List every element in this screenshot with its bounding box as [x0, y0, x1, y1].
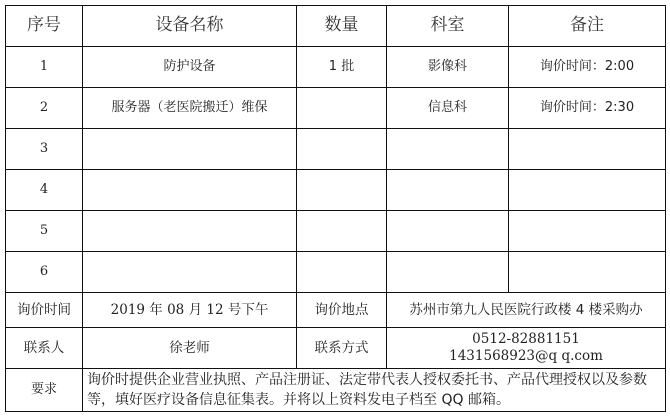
cell-name	[83, 252, 297, 293]
cell-remark: 询价时间：2:30	[509, 88, 666, 129]
contact-row: 联系人 徐老师 联系方式 0512-82881151 1431568923@q …	[6, 328, 666, 369]
cell-qty	[297, 170, 387, 211]
cell-name: 服务器（老医院搬迁）维保	[83, 88, 297, 129]
cell-remark	[509, 211, 666, 252]
cell-no: 2	[6, 88, 83, 129]
header-name: 设备名称	[83, 6, 297, 47]
cell-qty	[297, 88, 387, 129]
cell-qty	[297, 252, 387, 293]
contact-method-label: 联系方式	[297, 328, 387, 369]
inquiry-place-label: 询价地点	[297, 293, 387, 328]
cell-name	[83, 170, 297, 211]
header-qty: 数量	[297, 6, 387, 47]
table-row: 3	[6, 129, 666, 170]
table-row: 2 服务器（老医院搬迁）维保 信息科 询价时间：2:30	[6, 88, 666, 129]
table-row: 5	[6, 211, 666, 252]
cell-remark	[509, 129, 666, 170]
cell-no: 5	[6, 211, 83, 252]
inquiry-time-label: 询价时间	[6, 293, 83, 328]
requirement-row: 要求 询价时提供企业营业执照、产品注册证、法定带代表人授权委托书、产品代理授权以…	[6, 369, 666, 412]
contact-phone: 0512-82881151	[387, 331, 665, 348]
cell-remark	[509, 170, 666, 211]
cell-name	[83, 129, 297, 170]
header-remark: 备注	[509, 6, 666, 47]
cell-no: 3	[6, 129, 83, 170]
cell-dept: 信息科	[387, 88, 509, 129]
cell-dept	[387, 170, 509, 211]
inquiry-row: 询价时间 2019 年 08 月 12 号下午 询价地点 苏州市第九人民医院行政…	[6, 293, 666, 328]
table-row: 6	[6, 252, 666, 293]
contact-email[interactable]: 1431568923@q q.com	[387, 348, 665, 365]
inquiry-time-value: 2019 年 08 月 12 号下午	[83, 293, 297, 328]
header-row: 序号 设备名称 数量 科室 备注	[6, 6, 666, 47]
contact-person-label: 联系人	[6, 328, 83, 369]
cell-name	[83, 211, 297, 252]
cell-name: 防护设备	[83, 47, 297, 88]
cell-qty: 1 批	[297, 47, 387, 88]
cell-remark	[509, 252, 666, 293]
cell-no: 4	[6, 170, 83, 211]
inquiry-place-value: 苏州市第九人民医院行政楼 4 楼采购办	[387, 293, 666, 328]
cell-dept: 影像科	[387, 47, 509, 88]
cell-no: 6	[6, 252, 83, 293]
cell-no: 1	[6, 47, 83, 88]
cell-dept	[387, 211, 509, 252]
cell-dept	[387, 252, 509, 293]
table-row: 4	[6, 170, 666, 211]
table-row: 1 防护设备 1 批 影像科 询价时间：2:00	[6, 47, 666, 88]
header-no: 序号	[6, 6, 83, 47]
requirement-text: 询价时提供企业营业执照、产品注册证、法定带代表人授权委托书、产品代理授权以及参数…	[83, 369, 666, 412]
cell-remark: 询价时间：2:00	[509, 47, 666, 88]
cell-qty	[297, 211, 387, 252]
requirement-label: 要求	[6, 369, 83, 412]
cell-qty	[297, 129, 387, 170]
inquiry-form-table: 序号 设备名称 数量 科室 备注 1 防护设备 1 批 影像科 询价时间：2:0…	[5, 5, 666, 412]
contact-method-value: 0512-82881151 1431568923@q q.com	[387, 328, 666, 369]
contact-person-value: 徐老师	[83, 328, 297, 369]
cell-dept	[387, 129, 509, 170]
header-dept: 科室	[387, 6, 509, 47]
